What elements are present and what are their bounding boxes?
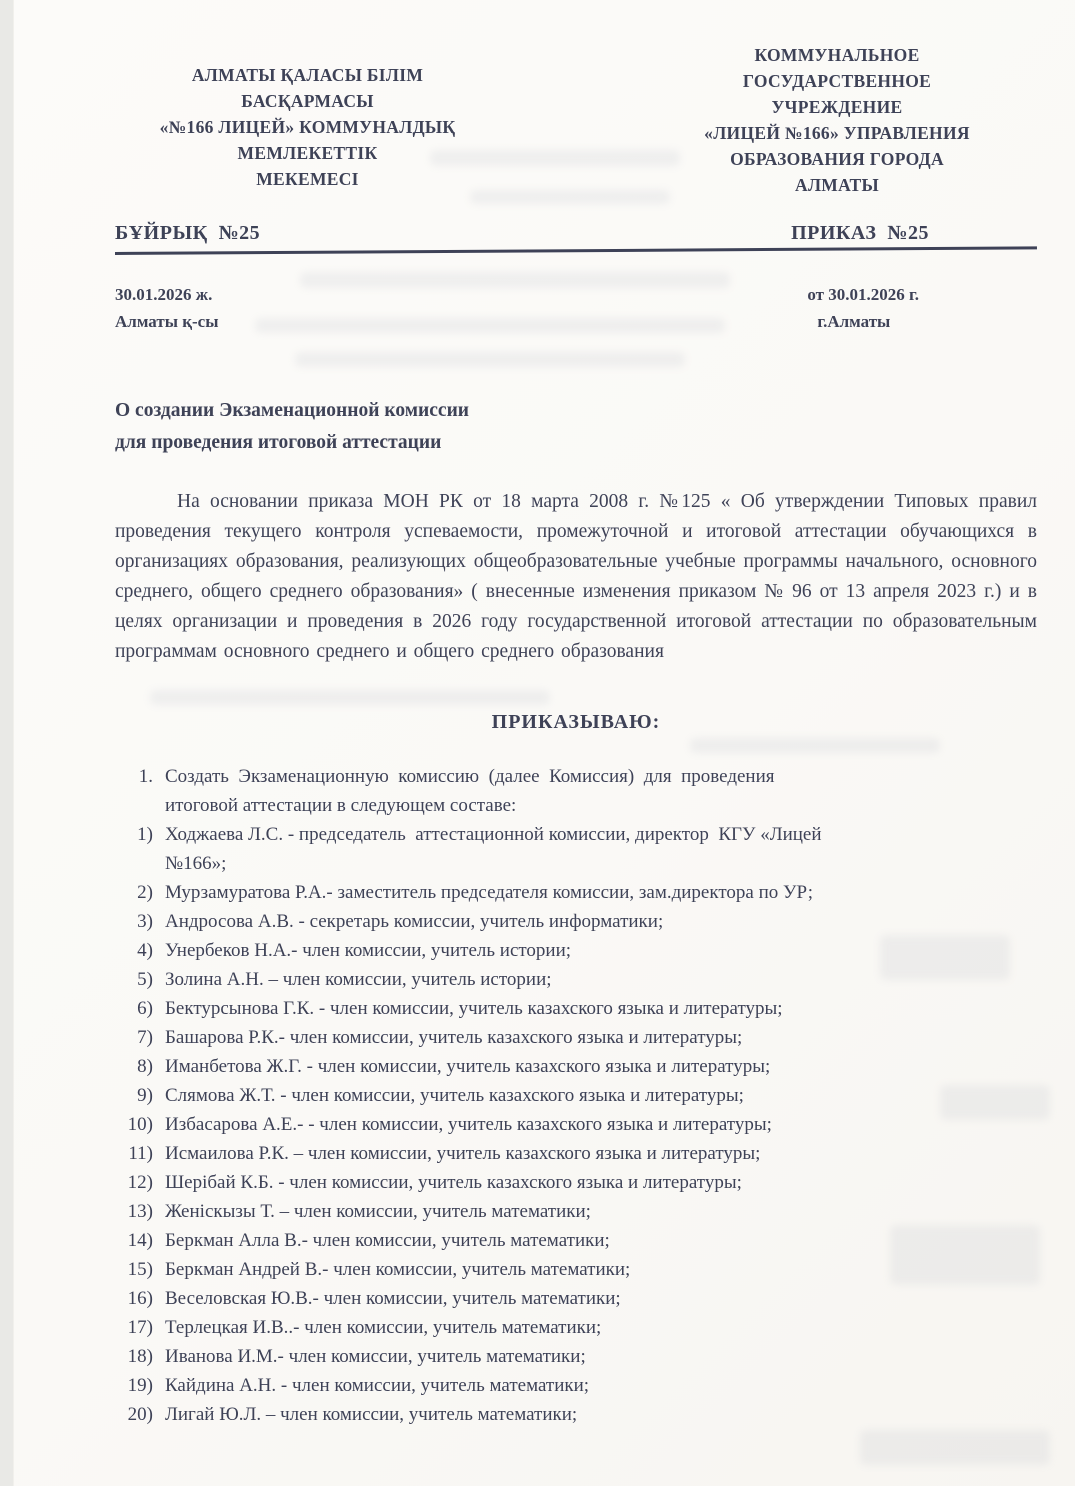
list-item-text: Башарова Р.К.- член комиссии, учитель ка…	[165, 1023, 1037, 1052]
org-name-line: МЕКЕМЕСІ	[115, 166, 500, 192]
list-item-number: 11)	[115, 1139, 165, 1168]
list-item-number: 4)	[115, 936, 165, 965]
list-item-text: Шерібай К.Б. - член комиссии, учитель ка…	[165, 1168, 1037, 1197]
list-item-text: Кайдина А.Н. - член комиссии, учитель ма…	[165, 1371, 1037, 1400]
list-item: 16) Веселовская Ю.В.- член комиссии, учи…	[115, 1284, 1037, 1313]
list-item-text: Ходжаева Л.С. - председатель аттестацион…	[165, 820, 1037, 878]
document-subject: О создании Экзаменационной комиссии для …	[115, 395, 1037, 459]
list-item: 17) Терлецкая И.В..- член комиссии, учит…	[115, 1313, 1037, 1342]
list-item-text: Унербеков Н.А.- член комиссии, учитель и…	[165, 936, 1037, 965]
list-item: 5) Золина А.Н. – член комиссии, учитель …	[115, 965, 1037, 994]
list-item-number: 1)	[115, 820, 165, 878]
list-item-text: Избасарова А.Е.- - член комиссии, учител…	[165, 1110, 1037, 1139]
list-item-number: 17)	[115, 1313, 165, 1342]
header-divider-rule	[115, 246, 1037, 255]
list-item: 14) Беркман Алла В.- член комиссии, учит…	[115, 1226, 1037, 1255]
list-item-number: 7)	[115, 1023, 165, 1052]
commission-member-list: 1. Создать Экзаменационную комиссию (дал…	[115, 762, 1037, 1429]
list-item-text: Беркман Андрей В.- член комиссии, учител…	[165, 1255, 1037, 1284]
org-name-kazakh: АЛМАТЫ ҚАЛАСЫ БІЛІМБАСҚАРМАСЫ«№166 ЛИЦЕЙ…	[115, 62, 500, 198]
org-name-russian: КОММУНАЛЬНОЕГОСУДАРСТВЕННОЕУЧРЕЖДЕНИЕ«ЛИ…	[667, 42, 1007, 198]
list-item: 1. Создать Экзаменационную комиссию (дал…	[115, 762, 1037, 820]
list-item-number: 13)	[115, 1197, 165, 1226]
dateline-kazakh: 30.01.2026 ж. Алматы қ-сы	[115, 281, 219, 335]
list-item-text: Терлецкая И.В..- член комиссии, учитель …	[165, 1313, 1037, 1342]
masthead: АЛМАТЫ ҚАЛАСЫ БІЛІМБАСҚАРМАСЫ«№166 ЛИЦЕЙ…	[115, 42, 1037, 198]
list-item: 18) Иванова И.М.- член комиссии, учитель…	[115, 1342, 1037, 1371]
list-item: 20) Лигай Ю.Л. – член комиссии, учитель …	[115, 1400, 1037, 1429]
org-name-line: БАСҚАРМАСЫ	[115, 88, 500, 114]
org-name-line: КОММУНАЛЬНОЕ	[667, 42, 1007, 68]
org-name-line: АЛМАТЫ	[667, 172, 1007, 198]
org-name-line: МЕМЛЕКЕТТІК	[115, 140, 500, 166]
list-item: 4) Унербеков Н.А.- член комиссии, учител…	[115, 936, 1037, 965]
city-kazakh: Алматы қ-сы	[115, 308, 219, 335]
list-item: 7) Башарова Р.К.- член комиссии, учитель…	[115, 1023, 1037, 1052]
list-item-number: 18)	[115, 1342, 165, 1371]
scan-edge-shadow	[0, 0, 14, 1486]
list-item: 19) Кайдина А.Н. - член комиссии, учител…	[115, 1371, 1037, 1400]
date-kazakh: 30.01.2026 ж.	[115, 281, 219, 308]
date-russian: от 30.01.2026 г.	[807, 281, 919, 308]
list-item: 12) Шерібай К.Б. - член комиссии, учител…	[115, 1168, 1037, 1197]
list-item: 2) Мурзамуратова Р.А.- заместитель предс…	[115, 878, 1037, 907]
list-item-text: Исмаилова Р.К. – член комиссии, учитель …	[165, 1139, 1037, 1168]
subject-line-1: О создании Экзаменационной комиссии	[115, 395, 1037, 427]
org-name-line: ОБРАЗОВАНИЯ ГОРОДА	[667, 146, 1007, 172]
dateline: 30.01.2026 ж. Алматы қ-сы от 30.01.2026 …	[115, 281, 1037, 335]
org-name-line: «№166 ЛИЦЕЙ» КОММУНАЛДЫҚ	[115, 114, 500, 140]
list-item: 1) Ходжаева Л.С. - председатель аттестац…	[115, 820, 1037, 878]
subject-line-2: для проведения итоговой аттестации	[115, 427, 1037, 459]
org-name-line: АЛМАТЫ ҚАЛАСЫ БІЛІМ	[115, 62, 500, 88]
list-item: 10) Избасарова А.Е.- - член комиссии, уч…	[115, 1110, 1037, 1139]
list-item: 15) Беркман Андрей В.- член комиссии, уч…	[115, 1255, 1037, 1284]
list-item-text: Андросова А.В. - секретарь комиссии, учи…	[165, 907, 1037, 936]
list-item-number: 1.	[115, 762, 165, 820]
org-name-line: ГОСУДАРСТВЕННОЕ	[667, 68, 1007, 94]
list-item: 8) Иманбетова Ж.Г. - член комиссии, учит…	[115, 1052, 1037, 1081]
list-item-number: 5)	[115, 965, 165, 994]
list-item-text: Веселовская Ю.В.- член комиссии, учитель…	[165, 1284, 1037, 1313]
list-item-text: Иманбетова Ж.Г. - член комиссии, учитель…	[165, 1052, 1037, 1081]
preamble-paragraph: На основании приказа МОН РК от 18 марта …	[115, 487, 1037, 667]
order-number-row: БҰЙРЫҚ №25 ПРИКАЗ №25	[115, 222, 1037, 245]
list-item-number: 10)	[115, 1110, 165, 1139]
list-item-number: 12)	[115, 1168, 165, 1197]
list-item-text: Создать Экзаменационную комиссию (далее …	[165, 762, 1037, 820]
document-content: АЛМАТЫ ҚАЛАСЫ БІЛІМБАСҚАРМАСЫ«№166 ЛИЦЕЙ…	[115, 0, 1037, 1429]
list-item-number: 2)	[115, 878, 165, 907]
list-item-number: 6)	[115, 994, 165, 1023]
list-item-number: 3)	[115, 907, 165, 936]
list-item-text: Женіскызы Т. – член комиссии, учитель ма…	[165, 1197, 1037, 1226]
list-item: 3) Андросова А.В. - секретарь комиссии, …	[115, 907, 1037, 936]
list-item-number: 20)	[115, 1400, 165, 1429]
list-item-text: Золина А.Н. – член комиссии, учитель ист…	[165, 965, 1037, 994]
list-item: 13) Женіскызы Т. – член комиссии, учител…	[115, 1197, 1037, 1226]
dateline-russian: от 30.01.2026 г. г.Алматы	[807, 281, 919, 335]
list-item-text: Беркман Алла В.- член комиссии, учитель …	[165, 1226, 1037, 1255]
list-item-text: Мурзамуратова Р.А.- заместитель председа…	[165, 878, 1037, 907]
list-item-number: 16)	[115, 1284, 165, 1313]
list-item-number: 15)	[115, 1255, 165, 1284]
org-name-line: УЧРЕЖДЕНИЕ	[667, 94, 1007, 120]
list-item-text: Лигай Ю.Л. – член комиссии, учитель мате…	[165, 1400, 1037, 1429]
list-item: 6) Бектурсынова Г.К. - член комиссии, уч…	[115, 994, 1037, 1023]
list-item-number: 8)	[115, 1052, 165, 1081]
scanned-order-document: АЛМАТЫ ҚАЛАСЫ БІЛІМБАСҚАРМАСЫ«№166 ЛИЦЕЙ…	[0, 0, 1075, 1486]
list-item-number: 9)	[115, 1081, 165, 1110]
city-russian: г.Алматы	[807, 308, 919, 335]
command-word: ПРИКАЗЫВАЮ:	[115, 711, 1037, 734]
list-item: 11) Исмаилова Р.К. – член комиссии, учит…	[115, 1139, 1037, 1168]
list-item: 9) Слямова Ж.Т. - член комиссии, учитель…	[115, 1081, 1037, 1110]
order-number-kazakh: БҰЙРЫҚ №25	[115, 222, 260, 245]
list-item-number: 14)	[115, 1226, 165, 1255]
order-number-russian: ПРИКАЗ №25	[791, 222, 929, 245]
list-item-number: 19)	[115, 1371, 165, 1400]
list-item-text: Слямова Ж.Т. - член комиссии, учитель ка…	[165, 1081, 1037, 1110]
list-item-text: Бектурсынова Г.К. - член комиссии, учите…	[165, 994, 1037, 1023]
bleedthrough-ghost	[860, 1430, 1050, 1465]
list-item-text: Иванова И.М.- член комиссии, учитель мат…	[165, 1342, 1037, 1371]
org-name-line: «ЛИЦЕЙ №166» УПРАВЛЕНИЯ	[667, 120, 1007, 146]
